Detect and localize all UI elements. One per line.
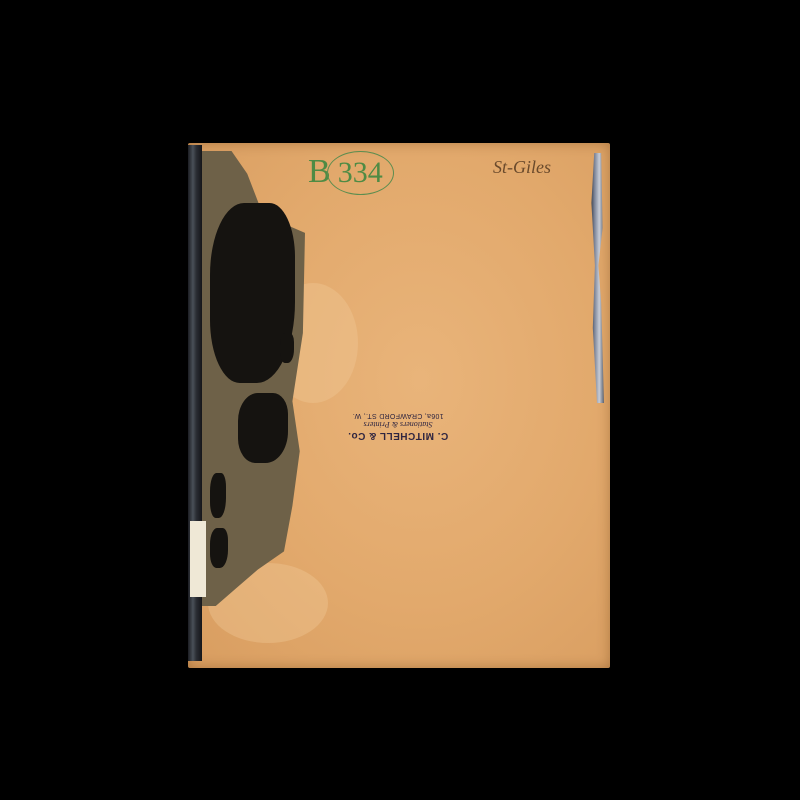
shelfmark: B334: [308, 151, 394, 195]
black-cloth-patch: [210, 473, 226, 518]
stamp-line-3: 106a, CRAWFORD ST., W.: [338, 411, 458, 419]
black-cloth-patch: [210, 528, 228, 568]
parish-label: St-Giles: [493, 157, 551, 178]
black-cloth-patch: [280, 333, 294, 363]
black-cloth-patch: [238, 393, 288, 463]
label-sticker: [190, 521, 206, 597]
stamp-line-1: C. MITCHELL & Co.: [338, 429, 458, 441]
notebook: B334 St-Giles C. MITCHELL & Co. Statione…: [188, 143, 610, 668]
stamp-line-2: Stationers & Printers: [338, 419, 458, 429]
shelfmark-number: 334: [327, 151, 394, 195]
stationer-stamp: C. MITCHELL & Co. Stationers & Printers …: [338, 411, 458, 441]
